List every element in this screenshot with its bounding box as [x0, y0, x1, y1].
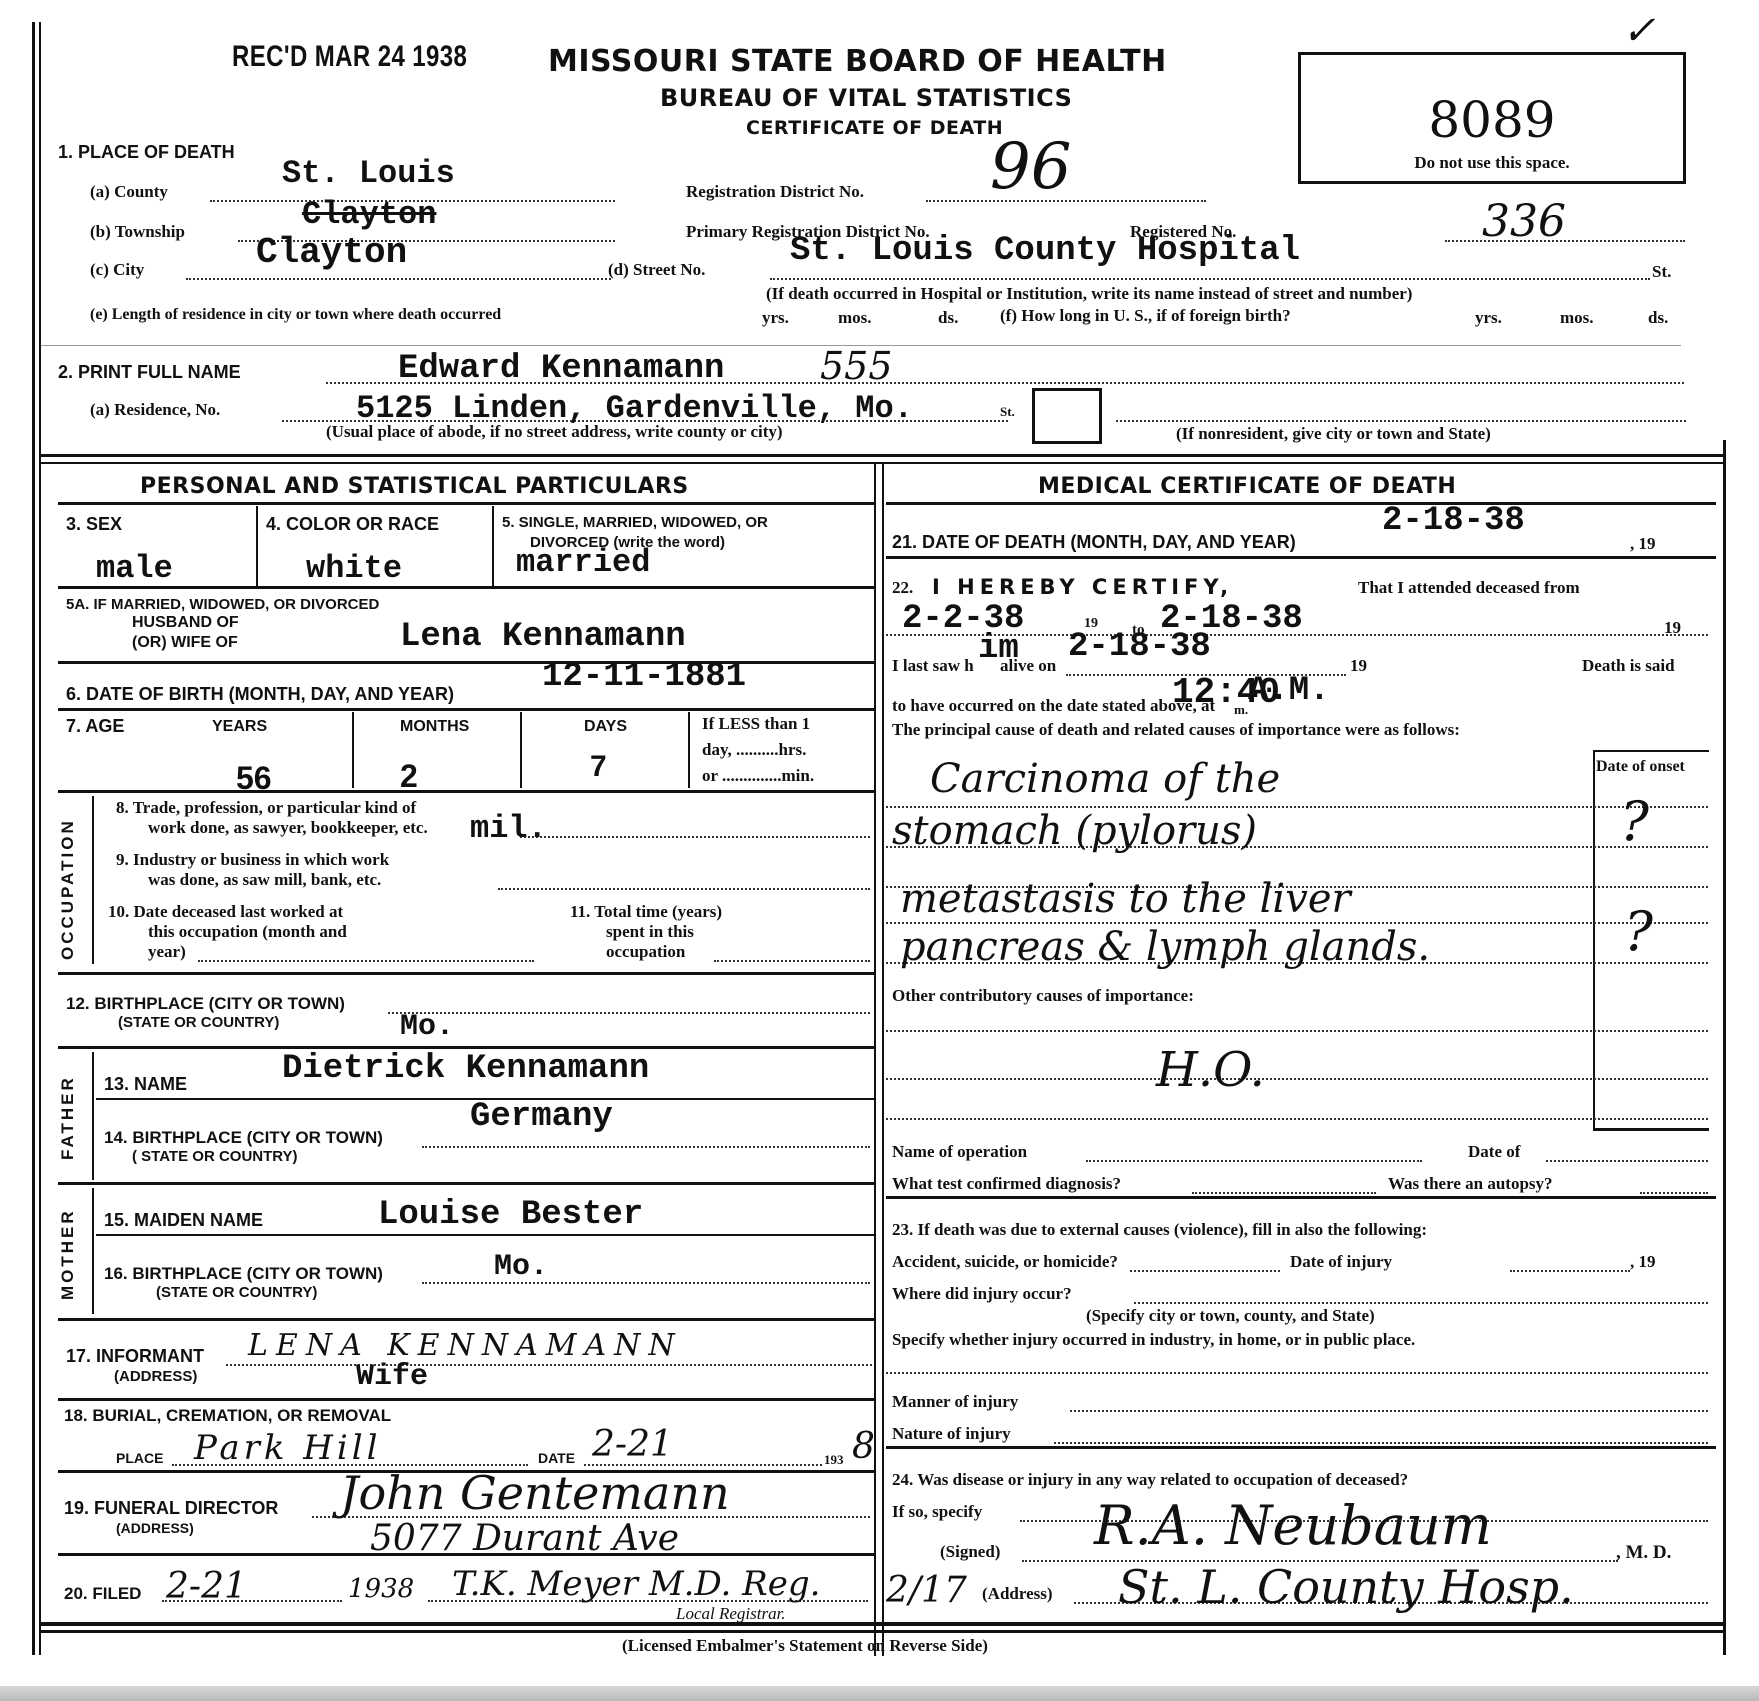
street-value: St. Louis County Hospital: [790, 232, 1300, 270]
col-divider: [688, 712, 690, 788]
industry-label-2: was done, as saw mill, bank, etc.: [148, 870, 381, 890]
cause-line-1: Carcinoma of the: [930, 756, 1280, 802]
birthplace-value: Mo.: [400, 1010, 454, 1044]
industry-line: [498, 888, 870, 890]
rule: [886, 556, 1716, 559]
race-label: 4. COLOR OR RACE: [266, 514, 439, 535]
burial-place-value: Park Hill: [194, 1428, 382, 1468]
occupation-side-label: OCCUPATION: [58, 818, 78, 960]
file-number-box: 8089 Do not use this space.: [1298, 52, 1686, 184]
side-divider: [92, 1052, 94, 1180]
city-line: [186, 278, 611, 280]
nonresident-line: [1116, 420, 1686, 422]
rule: [58, 1398, 874, 1401]
trade-line: [520, 836, 870, 838]
where-line: [1134, 1302, 1708, 1304]
center-divider: [874, 464, 876, 1656]
operation-date-label: Date of: [1468, 1142, 1520, 1162]
street-line: [770, 278, 1650, 280]
contributory-line: [886, 1030, 1708, 1032]
contributory-line: [886, 1118, 1708, 1120]
last-worked-line: [198, 960, 534, 962]
informant-relation: Wife: [356, 1360, 428, 1394]
operation-line: [1086, 1160, 1422, 1162]
rule: [58, 1046, 874, 1049]
funeral-director-name: John Gentemann: [340, 1466, 730, 1520]
residence-label: (a) Residence, No.: [90, 400, 220, 420]
residence-suffix: St.: [1000, 404, 1015, 420]
birthplace-line: [388, 1012, 870, 1014]
total-time-line: [714, 960, 870, 962]
manner-line: [1070, 1410, 1708, 1412]
trade-label-2: work done, as sawyer, bookkeeper, etc.: [148, 818, 428, 838]
mother-birthplace-line: [422, 1282, 870, 1284]
left-border: [32, 22, 35, 1655]
physician-address: St. L. County Hosp.: [1118, 1560, 1574, 1614]
informant-name: LENA KENNAMANN: [248, 1328, 683, 1363]
rule: [58, 586, 874, 589]
mother-birthplace-label-2: (STATE OR COUNTRY): [156, 1284, 317, 1301]
side-divider: [92, 1188, 94, 1314]
residence-length-label: (e) Length of residence in city or town …: [90, 306, 501, 324]
city-value: Clayton: [256, 232, 407, 273]
spouse-value: Lena Kennamann: [400, 618, 686, 656]
test-label: What test confirmed diagnosis?: [892, 1174, 1121, 1194]
dod-value: 2-18-38: [1382, 502, 1525, 540]
md-label: , M. D.: [1616, 1542, 1671, 1564]
accident-label: Accident, suicide, or homicide?: [892, 1252, 1118, 1272]
signed-label: (Signed): [940, 1542, 1000, 1562]
scan-edge: [0, 1686, 1759, 1701]
rule: [58, 972, 874, 975]
onset-top: [1593, 750, 1709, 752]
rule: [58, 1318, 874, 1321]
race-value: white: [306, 550, 402, 587]
specify-label: Specify whether injury occurred in indus…: [892, 1330, 1415, 1350]
certify-text: That I attended deceased from: [1358, 578, 1580, 598]
received-stamp: REC'D MAR 24 1938: [232, 40, 467, 74]
where-note: (Specify city or town, county, and State…: [1086, 1306, 1375, 1326]
registrar-signature: T.K. Meyer M.D. Reg.: [452, 1564, 820, 1604]
trade-label-1: 8. Trade, profession, or particular kind…: [116, 798, 416, 818]
doc-title: MISSOURI STATE BOARD OF HEALTH: [548, 44, 1167, 79]
informant-address-label: (ADDRESS): [114, 1368, 197, 1385]
file-box-note: Do not use this space.: [1301, 153, 1683, 173]
burial-date-label: DATE: [538, 1450, 575, 1466]
father-birthplace-line: [422, 1146, 870, 1148]
dod-label: 21. DATE OF DEATH (MONTH, DAY, AND YEAR): [892, 532, 1296, 553]
cause-intro: The principal cause of death and related…: [892, 720, 1460, 740]
dob-label: 6. DATE OF BIRTH (MONTH, DAY, AND YEAR): [66, 684, 454, 705]
full-name-label: 2. PRINT FULL NAME: [58, 362, 241, 383]
date-mark: 2/17: [886, 1570, 967, 1611]
rule: [58, 502, 874, 505]
contributory-mark: H.O.: [1156, 1042, 1265, 1098]
footer-note: (Licensed Embalmer's Statement on Revers…: [622, 1636, 988, 1656]
last-worked-label-1: 10. Date deceased last worked at: [108, 902, 343, 922]
nonresident-note: (If nonresident, give city or town and S…: [1176, 424, 1491, 444]
doc-type: CERTIFICATE OF DEATH: [746, 117, 1003, 139]
doc-subtitle: BUREAU OF VITAL STATISTICS: [660, 84, 1072, 112]
occupational-label: 24. Was disease or injury in any way rel…: [892, 1470, 1408, 1490]
test-line: [1192, 1192, 1376, 1194]
alive-on-label: alive on: [1000, 656, 1056, 676]
spouse-label-2: HUSBAND OF: [132, 614, 239, 632]
registered-no-value: 336: [1482, 196, 1566, 247]
rule: [58, 661, 874, 664]
marital-label: 5. SINGLE, MARRIED, WIDOWED, OR: [502, 514, 768, 531]
industry-label-1: 9. Industry or business in which work: [116, 850, 389, 870]
father-birthplace-label-2: ( STATE OR COUNTRY): [132, 1148, 298, 1165]
dod-suffix: , 19: [1630, 534, 1656, 554]
rule: [886, 1196, 1716, 1199]
rule: [58, 1182, 874, 1185]
place-of-death-label: 1. PLACE OF DEATH: [58, 142, 235, 163]
certify-heading: I HEREBY CERTIFY,: [932, 575, 1233, 599]
township-value: Clayton: [302, 196, 436, 233]
father-birthplace-value: Germany: [470, 1098, 613, 1136]
total-time-label-1: 11. Total time (years): [570, 902, 722, 922]
side-divider: [92, 796, 94, 964]
birthplace-label: 12. BIRTHPLACE (CITY OR TOWN): [66, 994, 345, 1014]
autopsy-label: Was there an autopsy?: [1388, 1174, 1553, 1194]
check-mark: ✓: [1622, 8, 1656, 54]
father-name-value: Dietrick Kennamann: [282, 1050, 649, 1088]
total-time-label-3: occupation: [606, 942, 685, 962]
injury-date-line: [1510, 1270, 1630, 1272]
sex-label: 3. SEX: [66, 514, 122, 535]
street-label: (d) Street No.: [608, 260, 705, 280]
trade-value: mil.: [470, 810, 547, 847]
registrar-label: Local Registrar.: [676, 1604, 786, 1624]
medical-section-title: MEDICAL CERTIFICATE OF DEATH: [1038, 474, 1456, 499]
age-days-value: 7: [590, 750, 607, 784]
less-label-1: If LESS than 1: [702, 714, 810, 734]
street-note: (If death occurred in Hospital or Instit…: [766, 284, 1412, 304]
operation-label: Name of operation: [892, 1142, 1027, 1162]
contributory-label: Other contributory causes of importance:: [892, 986, 1194, 1006]
operation-date-line: [1546, 1160, 1708, 1162]
street-suffix: St.: [1652, 262, 1671, 282]
residence-mos: mos.: [838, 308, 872, 328]
total-time-label-2: spent in this: [606, 922, 694, 942]
personal-section-title: PERSONAL AND STATISTICAL PARTICULARS: [140, 474, 689, 499]
external-label: 23. If death was due to external causes …: [892, 1220, 1427, 1240]
right-border: [1723, 440, 1726, 1655]
attended-to-19: 19: [1664, 618, 1681, 638]
mother-side-label: MOTHER: [58, 1208, 78, 1300]
burial-label: 18. BURIAL, CREMATION, OR REMOVAL: [64, 1406, 391, 1426]
last-worked-label-2: this occupation (month and: [148, 922, 347, 942]
funeral-address-label: (ADDRESS): [116, 1520, 194, 1536]
spouse-label-3: (OR) WIFE OF: [132, 634, 238, 652]
onset-bottom: [1593, 1128, 1709, 1131]
rule: [886, 1446, 1716, 1449]
father-birthplace-label: 14. BIRTHPLACE (CITY OR TOWN): [104, 1128, 383, 1148]
nature-line: [1054, 1442, 1708, 1444]
last-saw-19: 19: [1350, 656, 1367, 676]
death-certificate: REC'D MAR 24 1938 MISSOURI STATE BOARD O…: [0, 0, 1759, 1701]
informant-line: [226, 1364, 872, 1366]
mother-name-value: Louise Bester: [378, 1196, 643, 1234]
years-label: YEARS: [212, 718, 267, 736]
rule: [58, 1553, 874, 1556]
burial-year-digit: 8: [852, 1426, 875, 1467]
col-divider: [492, 506, 494, 586]
county-label: (a) County: [90, 182, 168, 202]
rule: [58, 790, 874, 793]
rule: [96, 1234, 874, 1236]
autopsy-line: [1640, 1192, 1708, 1194]
dob-value: 12-11-1881: [542, 658, 746, 696]
residence-yrs: yrs.: [762, 308, 789, 328]
filed-label: 20. FILED: [64, 1584, 141, 1604]
rule: [58, 708, 874, 711]
onset-value-1: ?: [1620, 790, 1649, 853]
reg-district-value: 96: [990, 130, 1071, 204]
reg-district-label: Registration District No.: [686, 182, 864, 202]
filed-date-value: 2-21: [166, 1566, 247, 1607]
mother-name-label: 15. MAIDEN NAME: [104, 1210, 263, 1231]
ampm-value: A.M.: [1248, 672, 1330, 710]
cause-line-4: pancreas & lymph glands.: [900, 924, 1430, 970]
col-divider: [352, 712, 354, 788]
time-suffix: m.: [1234, 702, 1248, 718]
col-divider: [256, 506, 258, 586]
spouse-label: 5A. IF MARRIED, WIDOWED, OR DIVORCED: [66, 596, 379, 613]
mother-birthplace-label: 16. BIRTHPLACE (CITY OR TOWN): [104, 1264, 383, 1284]
nature-label: Nature of injury: [892, 1424, 1011, 1444]
informant-label: 17. INFORMANT: [66, 1346, 204, 1367]
last-saw-date: 2-18-38: [1068, 628, 1211, 666]
last-worked-label-3: year): [148, 942, 186, 962]
filed-year-value: 1938: [348, 1574, 414, 1604]
cause-line-3: metastasis to the liver: [900, 876, 1351, 922]
manner-label: Manner of injury: [892, 1392, 1018, 1412]
marital-value: married: [516, 544, 650, 581]
months-label: MONTHS: [400, 718, 469, 736]
foreign-label: (f) How long in U. S., if of foreign bir…: [1000, 306, 1291, 326]
burial-place-label: PLACE: [116, 1450, 163, 1466]
mother-birthplace-value: Mo.: [494, 1250, 548, 1284]
col-divider: [520, 712, 522, 788]
contributory-line: [886, 1078, 1708, 1080]
section-rule: [41, 454, 1725, 457]
cause-line-2: stomach (pylorus): [892, 808, 1257, 854]
occupational-specify-label: If so, specify: [892, 1502, 982, 1522]
father-name-label: 13. NAME: [104, 1074, 187, 1095]
bottom-rule: [41, 1622, 1725, 1626]
burial-year-prefix: 193: [824, 1452, 844, 1468]
occupational-address-label: (Address): [982, 1584, 1053, 1604]
residence-checkbox[interactable]: [1032, 388, 1102, 444]
birthplace-label-2: (STATE OR COUNTRY): [118, 1014, 279, 1031]
death-said-label: Death is said: [1582, 656, 1675, 676]
where-label: Where did injury occur?: [892, 1284, 1072, 1304]
accident-line: [1130, 1270, 1280, 1272]
foreign-ds: ds.: [1648, 308, 1668, 328]
city-label: (c) City: [90, 260, 144, 280]
age-label: 7. AGE: [66, 716, 124, 737]
certify-number: 22.: [892, 578, 913, 598]
less-label-2: day, ..........hrs.: [702, 740, 806, 760]
center-divider-2: [882, 464, 884, 1656]
injury-date-label: Date of injury: [1290, 1252, 1392, 1272]
occurred-label: to have occurred on the date stated abov…: [892, 696, 1215, 716]
county-value: St. Louis: [282, 155, 455, 192]
last-saw-label: I last saw h: [892, 656, 974, 676]
onset-value-2: ?: [1624, 900, 1653, 963]
burial-date-value: 2-21: [592, 1424, 673, 1465]
bottom-rule-2: [41, 1630, 1725, 1633]
sex-value: male: [96, 550, 173, 587]
father-side-label: FATHER: [58, 1075, 78, 1160]
specify-line: [886, 1372, 1708, 1374]
residence-note: (Usual place of abode, if no street addr…: [326, 422, 783, 442]
residence-ds: ds.: [938, 308, 958, 328]
injury-year: , 19: [1630, 1252, 1656, 1272]
onset-label: Date of onset: [1596, 758, 1685, 776]
file-number: 8089: [1301, 91, 1683, 149]
foreign-mos: mos.: [1560, 308, 1594, 328]
days-label: DAYS: [584, 718, 627, 736]
physician-signature: R.A. Neubaum: [1094, 1494, 1492, 1557]
foreign-yrs: yrs.: [1475, 308, 1502, 328]
name-annotation: 555: [820, 344, 893, 388]
funeral-director-label: 19. FUNERAL DIRECTOR: [64, 1498, 278, 1519]
left-border-inner: [39, 22, 41, 1655]
full-name-value: Edward Kennamann: [398, 350, 724, 388]
less-label-3: or ..............min.: [702, 766, 814, 786]
rule: [886, 502, 1716, 505]
township-label: (b) Township: [90, 222, 185, 242]
